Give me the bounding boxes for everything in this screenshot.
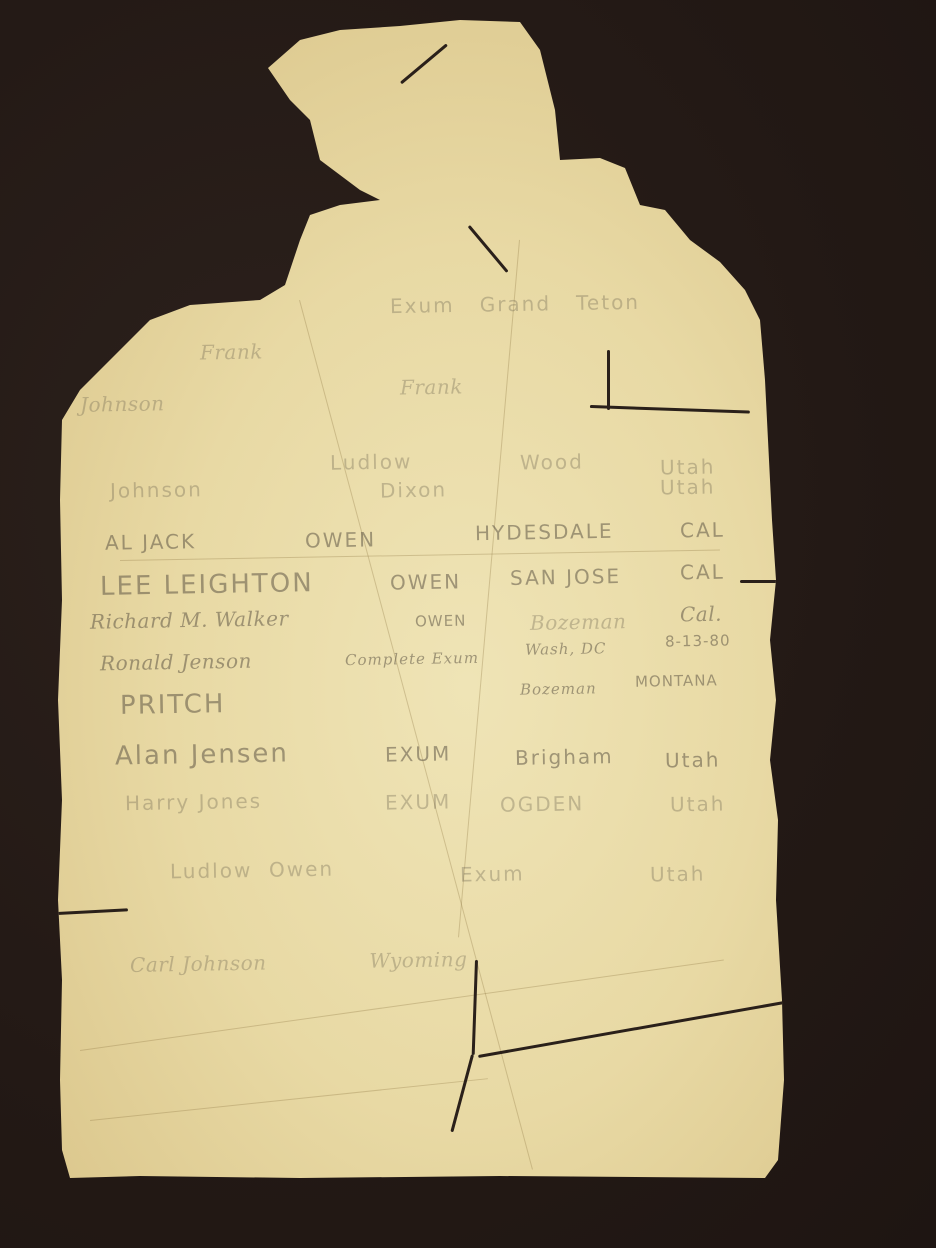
tear bbox=[450, 1054, 474, 1132]
handwriting: Exum bbox=[460, 861, 525, 886]
handwriting: Bozeman bbox=[520, 679, 597, 698]
handwriting: Ludlow bbox=[330, 449, 413, 474]
handwriting: Frank bbox=[400, 374, 463, 399]
tear bbox=[607, 350, 610, 410]
crease bbox=[120, 550, 720, 561]
handwriting: LEE LEIGHTON bbox=[100, 568, 314, 602]
handwriting: Utah bbox=[670, 792, 726, 817]
handwriting: AL JACK bbox=[105, 529, 197, 555]
handwriting: OWEN bbox=[305, 527, 377, 552]
crease bbox=[299, 300, 533, 1170]
handwriting: Ludlow Owen bbox=[170, 857, 335, 884]
paper-sheet: Exum Grand Teton Frank Frank Johnson Lud… bbox=[0, 0, 936, 1248]
handwriting: EXUM bbox=[385, 741, 452, 766]
handwriting: Wash, DC bbox=[525, 639, 607, 658]
handwriting: SAN JOSE bbox=[510, 564, 621, 590]
handwriting: EXUM bbox=[385, 789, 452, 814]
handwriting: Utah bbox=[650, 862, 706, 887]
handwriting: Exum Grand Teton bbox=[390, 290, 640, 318]
handwriting: Johnson bbox=[80, 391, 165, 416]
tear bbox=[478, 1001, 784, 1058]
handwriting: Harry Jones bbox=[125, 789, 263, 815]
handwriting: OWEN bbox=[415, 612, 467, 631]
handwriting: Wood bbox=[520, 449, 584, 474]
handwriting: CAL bbox=[680, 518, 725, 543]
tear bbox=[400, 43, 448, 84]
handwriting: Dixon bbox=[380, 477, 448, 502]
handwriting: Bozeman bbox=[530, 609, 627, 635]
handwriting: CAL bbox=[680, 560, 725, 585]
handwriting: Frank bbox=[200, 339, 263, 364]
handwriting: OGDEN bbox=[500, 791, 585, 816]
handwriting: Complete Exum bbox=[345, 649, 479, 669]
handwriting: Ronald Jenson bbox=[100, 649, 252, 676]
handwriting: Utah bbox=[665, 748, 721, 773]
tear bbox=[472, 960, 478, 1055]
handwriting: OWEN bbox=[390, 569, 462, 594]
handwriting: 8-13-80 bbox=[665, 631, 731, 650]
handwriting: Cal. bbox=[680, 602, 722, 627]
handwriting: Carl Johnson Wyoming bbox=[130, 947, 468, 977]
handwriting: MONTANA bbox=[635, 671, 718, 690]
tear bbox=[468, 225, 509, 273]
handwriting: Johnson bbox=[110, 477, 203, 503]
torn-paper: Exum Grand Teton Frank Frank Johnson Lud… bbox=[0, 0, 936, 1248]
tear bbox=[590, 405, 750, 414]
handwriting: Alan Jensen bbox=[115, 738, 289, 771]
handwriting: Richard M. Walker bbox=[90, 606, 289, 633]
handwriting: Utah bbox=[660, 475, 716, 500]
tear bbox=[58, 908, 128, 915]
tear bbox=[740, 580, 780, 583]
crease bbox=[90, 1078, 488, 1121]
handwriting: Brigham bbox=[515, 744, 614, 770]
handwriting: PRITCH bbox=[120, 689, 226, 721]
handwriting: HYDESDALE bbox=[475, 519, 614, 545]
